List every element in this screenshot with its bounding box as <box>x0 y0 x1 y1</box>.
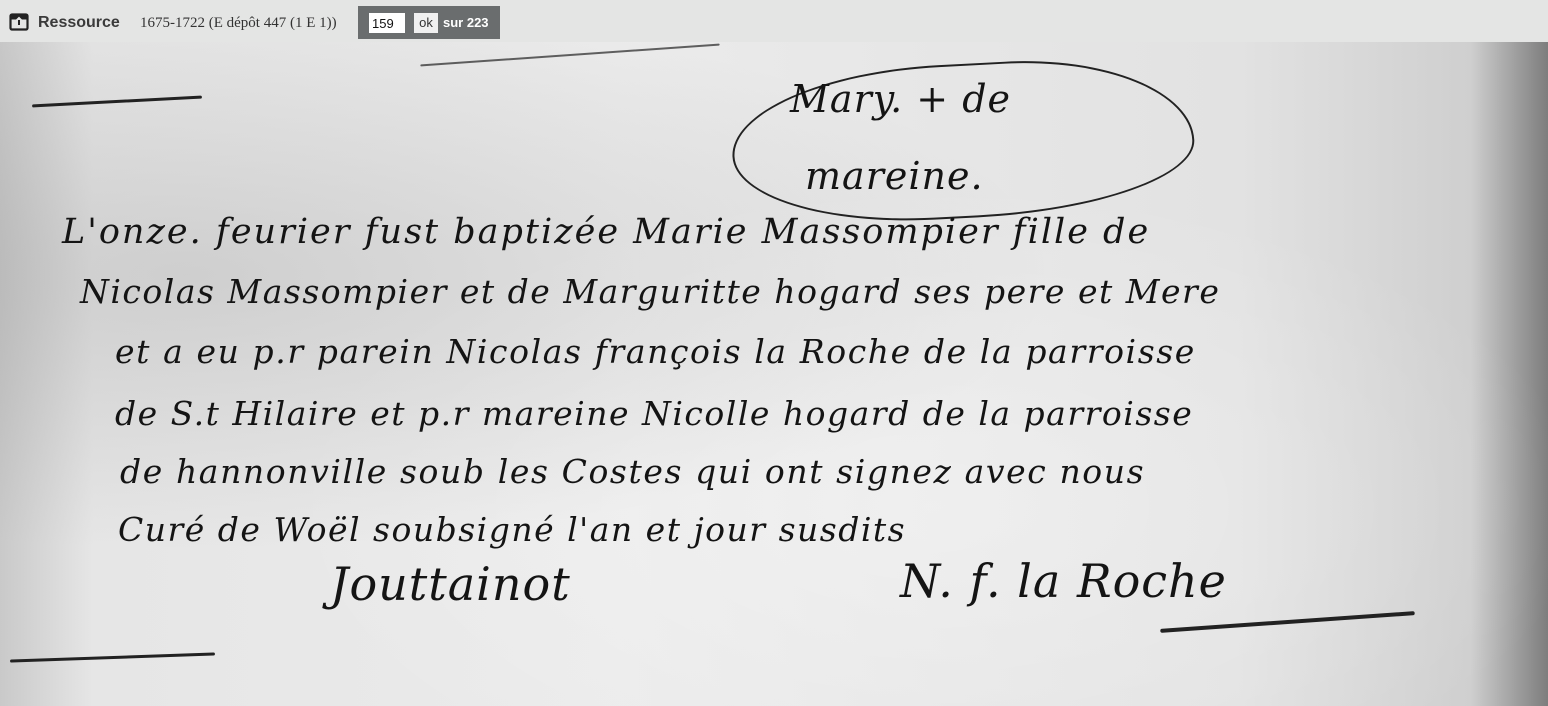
page-number-input[interactable] <box>369 13 405 33</box>
manuscript-line-5: de hannonville soub les Costes qui ont s… <box>120 452 1145 491</box>
page-total: sur 223 <box>443 15 489 30</box>
ink-rule <box>420 44 719 67</box>
document-image-viewer[interactable]: Mary. + de mareine. L'onze. feurier fust… <box>0 42 1548 706</box>
ink-rule <box>10 652 215 662</box>
ink-rule <box>1160 611 1415 633</box>
margin-note-line-2: mareine. <box>805 154 984 198</box>
manuscript-line-1: L'onze. feurier fust baptizée Marie Mass… <box>62 212 1150 252</box>
box-icon <box>9 13 29 31</box>
resource-header: Ressource 1675-1722 (E dépôt 447 (1 E 1)… <box>0 0 1548 42</box>
resource-subtitle: 1675-1722 (E dépôt 447 (1 E 1)) <box>140 15 337 32</box>
manuscript-line-3: et a eu p.r parein Nicolas françois la R… <box>115 332 1196 371</box>
manuscript-line-6: Curé de Woël soubsigné l'an et jour susd… <box>118 510 906 549</box>
go-to-page-button[interactable]: ok <box>414 13 438 33</box>
page-navigator: ok sur 223 <box>358 6 500 39</box>
ink-rule <box>32 96 202 108</box>
margin-note-line-1: Mary. + de <box>790 77 1011 121</box>
manuscript-line-4: de S.t Hilaire et p.r mareine Nicolle ho… <box>115 394 1193 433</box>
resource-title: Ressource <box>38 14 120 32</box>
signature-1: Jouttainot <box>330 557 571 611</box>
manuscript-line-2: Nicolas Massompier et de Marguritte hoga… <box>80 272 1220 311</box>
signature-2: N. f. la Roche <box>900 554 1227 608</box>
